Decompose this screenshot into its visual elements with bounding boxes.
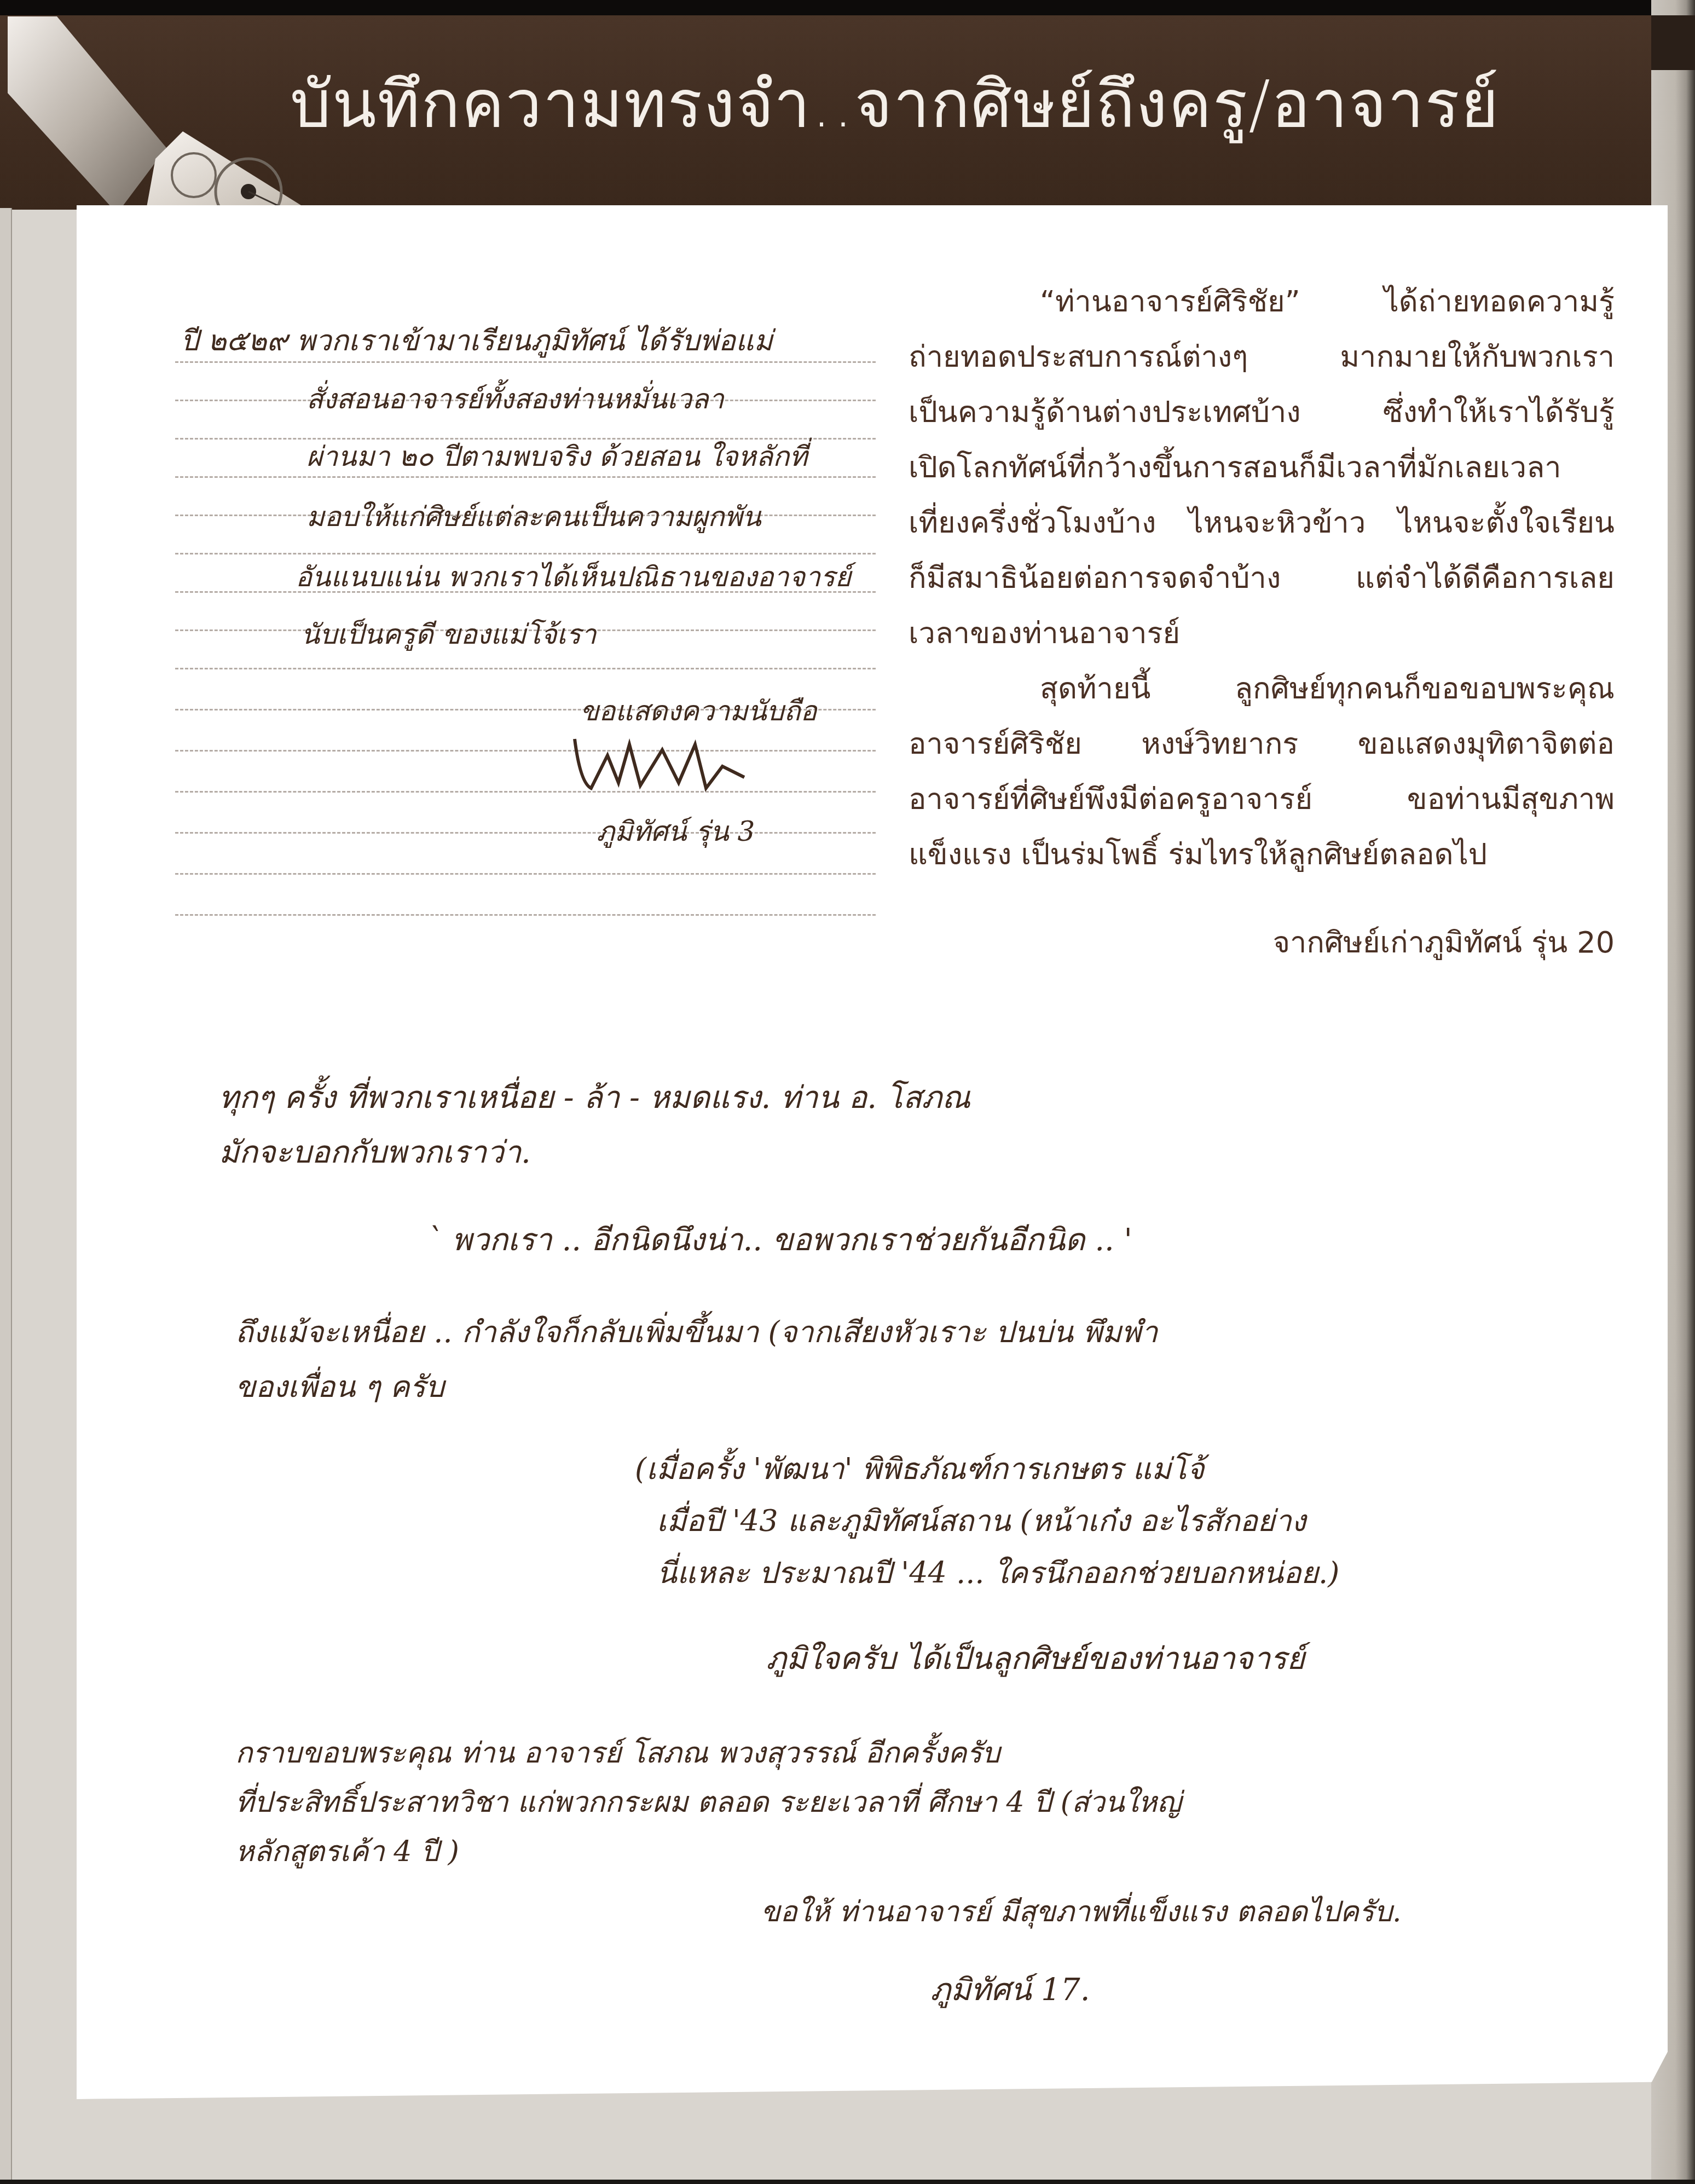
- text-line: “ท่านอาจารย์ศิริชัย” ได้ถ่ายทอดความรู้: [909, 274, 1615, 329]
- handwritten-line: ถึงแม้จะเหนื่อย .. กำลังใจก็กลับเพิ่มขึ้…: [235, 1308, 1158, 1355]
- handwritten-line: อันแนบแน่น พวกเราได้เห็นปณิธานของอาจารย์: [296, 556, 851, 599]
- letter-2-printed: “ท่านอาจารย์ศิริชัย” ได้ถ่ายทอดความรู้ ถ…: [909, 274, 1615, 970]
- quote-line: ` พวกเรา .. อีกนิดนึงน่า.. ขอพวกเราช่วยก…: [427, 1215, 1132, 1264]
- text-line: ก็มีสมาธิน้อยต่อการจดจำบ้าง แต่จำได้ดีคื…: [909, 550, 1615, 605]
- text-line: สุดท้ายนี้ ลูกศิษย์ทุกคนก็ขอขอบพระคุณ: [909, 661, 1615, 716]
- page-title: บันทึกความทรงจำ..จากศิษย์ถึงครู/อาจารย์: [290, 52, 1500, 155]
- handwritten-line: เมื่อปี '43 และภูมิทัศน์สถาน (หน้าเก๋ง อ…: [657, 1497, 1306, 1544]
- text-line: เป็นความรู้ด้านต่างประเทศบ้าง ซึ่งทำให้เ…: [909, 384, 1615, 440]
- letter-3-signature: ภูมิทัศน์ 17.: [930, 1965, 1090, 2014]
- ruled-line: [175, 873, 876, 875]
- book-spine-top: [1651, 15, 1695, 70]
- text-line: อาจารย์ศิริชัย หงษ์วิทยากร ขอแสดงมุทิตาจ…: [909, 716, 1615, 771]
- handwritten-line: หลักสูตรเค้า 4 ปี ): [235, 1828, 459, 1874]
- closing-salutation: ขอแสดงความนับถือ: [580, 690, 817, 733]
- handwritten-line: ปี ๒๕๒๙ พวกเราเข้ามาเรียนภูมิทัศน์ ได้รั…: [181, 317, 773, 363]
- ruled-line: [175, 914, 876, 916]
- ruled-line: [175, 553, 876, 554]
- handwritten-line: (เมื่อครั้ง 'พัฒนา' พิพิธภัณฑ์การเกษตร แ…: [635, 1445, 1204, 1492]
- left-page-edge: [0, 208, 12, 2184]
- signature-icon: [569, 733, 766, 794]
- text-line: เวลาของท่านอาจารย์: [909, 605, 1615, 661]
- ruled-line: [175, 791, 876, 793]
- ruled-line: [175, 668, 876, 669]
- handwritten-line: ภูมิใจครับ ได้เป็นลูกศิษย์ของท่านอาจารย์: [766, 1634, 1305, 1683]
- handwritten-line: มักจะบอกกับพวกเราว่า.: [219, 1128, 531, 1176]
- class-label: ภูมิทัศน์ รุ่น 3: [597, 810, 755, 853]
- handwritten-line: กราบขอบพระคุณ ท่าน อาจารย์ โสภณ พวงสุวรร…: [235, 1730, 1000, 1775]
- handwritten-line: ที่ประสิทธิ์ประสาทวิชา แก่พวกกระผม ตลอด …: [235, 1779, 1181, 1824]
- letter-2-signature: จากศิษย์เก่าภูมิทัศน์ รุ่น 20: [909, 915, 1615, 970]
- handwritten-line: สั่งสอนอาจารย์ทั้งสองท่านหมั่นเวลา: [306, 378, 724, 421]
- text-line: เปิดโลกทัศน์ที่กว้างขึ้นการสอนก็มีเวลาที…: [909, 440, 1615, 495]
- handwritten-line: นับเป็นครูดี ของแม่โจ้เรา: [301, 613, 597, 656]
- ruled-line: [175, 750, 876, 752]
- text-line: เที่ยงครึ่งชั่วโมงบ้าง ไหนจะหิวข้าว ไหนจ…: [909, 495, 1615, 550]
- text-line: แข็งแรง เป็นร่มโพธิ์ ร่มไทรให้ลูกศิษย์ตล…: [909, 827, 1615, 882]
- ruled-line: [175, 832, 876, 834]
- scan-bottom-shadow: [0, 2180, 1695, 2184]
- text-line: อาจารย์ที่ศิษย์พึงมีต่อครูอาจารย์ ขอท่าน…: [909, 771, 1615, 827]
- letter-1-lined-note: ปี ๒๕๒๙ พวกเราเข้ามาเรียนภูมิทัศน์ ได้รั…: [175, 307, 898, 931]
- handwritten-line: มอบให้แก่ศิษย์แต่ละคนเป็นความผูกพัน: [306, 495, 761, 539]
- handwritten-line: ทุกๆ ครั้ง ที่พวกเราเหนื่อย - ล้า - หมดแ…: [219, 1073, 970, 1122]
- text-line: ถ่ายทอดประสบการณ์ต่างๆ มากมายให้กับพวกเร…: [909, 329, 1615, 384]
- handwritten-line: ของเพื่อน ๆ ครับ: [235, 1363, 444, 1410]
- handwritten-line: ผ่านมา ๒๐ ปีตามพบจริง ด้วยสอน ใจหลักที่: [306, 435, 807, 478]
- handwritten-line: นี่แหละ ประมาณปี '44 ... ใครนึกออกช่วยบอ…: [657, 1549, 1339, 1596]
- handwritten-line: ขอให้ ท่านอาจารย์ มีสุขภาพที่แข็งแรง ตลอ…: [761, 1888, 1401, 1934]
